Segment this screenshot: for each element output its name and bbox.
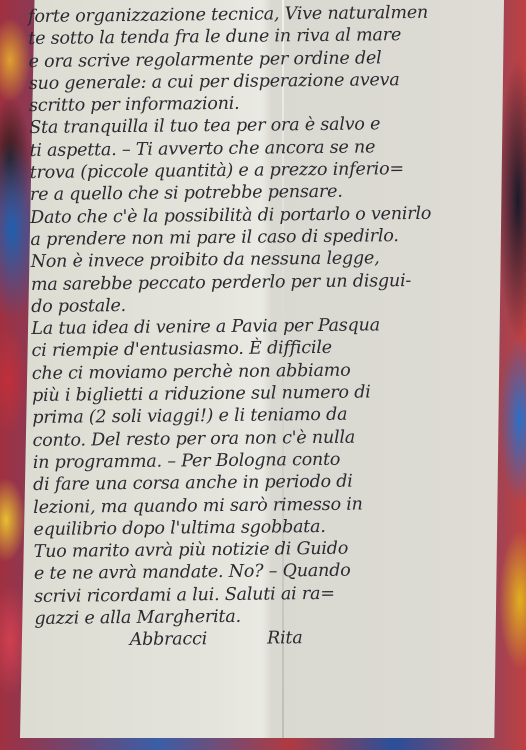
closing-salutation: Abbracci bbox=[130, 629, 208, 650]
signature: Rita bbox=[267, 628, 303, 648]
letter-body: forte organizzazione tecnica, Vive natur… bbox=[28, 1, 505, 652]
